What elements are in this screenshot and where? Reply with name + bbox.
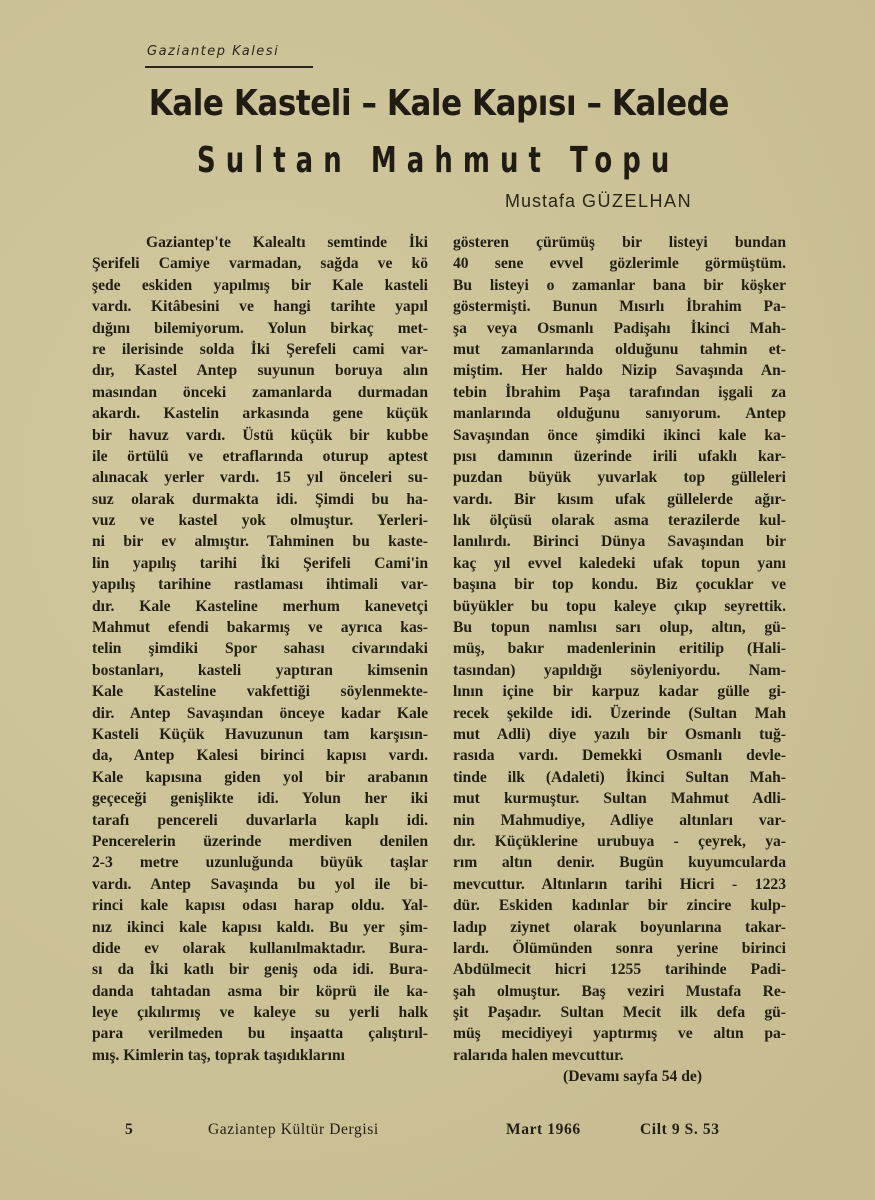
text-line: dır. Kale Kasteline merhum kanevetçi <box>92 596 428 617</box>
text-line: bir havuz vardı. Üstü küçük bir kubbe <box>92 425 428 446</box>
text-line: mut kurmuştur. Sultan Mahmut Adli- <box>453 788 786 809</box>
text-line: müş, bakır madenlerinin eritilip (Hali- <box>453 638 786 659</box>
text-line: müş mecidiyeyi yaptırmış ve altın pa- <box>453 1023 786 1044</box>
text-line: dide ev olarak kullanılmaktadır. Bura- <box>92 938 428 959</box>
text-line: Şerifeli Camiye varmadan, sağda ve kö <box>92 253 428 274</box>
text-line: ile örtülü ve etraflarında oturup aptest <box>92 446 428 467</box>
text-line: dir. Antep Savaşından önceye kadar Kale <box>92 703 428 724</box>
magazine-name: Gaziantep Kültür Dergisi <box>208 1121 379 1139</box>
text-line: Abdülmecit hicri 1255 tarihinde Padi- <box>453 959 786 980</box>
text-line: tebin İbrahim Paşa tarafından işgali za <box>453 382 786 403</box>
text-line: para verilmeden bu inşaatta çalıştırıl- <box>92 1023 428 1044</box>
author-first-name: Mustafa <box>505 191 576 211</box>
text-line: dır. Küçüklerine urubuya - çeyrek, ya- <box>453 831 786 852</box>
article-title-line-2: Sultan Mahmut Topu <box>123 140 753 181</box>
text-line: masından önceki zamanlarda durmadan <box>92 382 428 403</box>
text-line: 40 sene evvel gözlerimle görmüştüm. <box>453 253 786 274</box>
text-line: tinde ilk (Adaleti) İkinci Sultan Mah- <box>453 767 786 788</box>
text-line: suz olarak durmakta idi. Şimdi bu ha- <box>92 489 428 510</box>
text-line: lardı. Ölümünden sonra yerine birinci <box>453 938 786 959</box>
text-line: vardı. Bir kısım ufak güllelerde ağır- <box>453 489 786 510</box>
text-line: vuz ve kastel yok olmuştur. Yerleri- <box>92 510 428 531</box>
text-line: geçeceği genişlikte idi. Yolun her iki <box>92 788 428 809</box>
text-line: nin Mahmudiye, Adliye altınları var- <box>453 810 786 831</box>
volume-issue: Cilt 9 S. 53 <box>640 1121 720 1139</box>
text-line: recek şekilde idi. Üzerinde (Sultan Mah <box>453 703 786 724</box>
text-line: puzdan büyük yuvarlak top gülleleri <box>453 467 786 488</box>
author-surname: GÜZELHAN <box>582 191 692 211</box>
text-line: mut Adli) diye yazılı bir Osmanlı tuğ- <box>453 724 786 745</box>
text-line: lin yapılış tarihi İki Şerifeli Cami'in <box>92 553 428 574</box>
text-line: Bu listeyi o zamanlar bana bir köşker <box>453 275 786 296</box>
text-line: alınacak yerler vardı. 15 yıl önceleri s… <box>92 467 428 488</box>
section-rule <box>145 66 313 68</box>
text-line: ni bir ev almıştır. Tahminen bu kaste- <box>92 531 428 552</box>
author-byline: Mustafa GÜZELHAN <box>505 191 692 212</box>
text-line: dır, Kastel Antep suyunun boruya alın <box>92 360 428 381</box>
text-line: vardı. Kitâbesini ve hangi tarihte yapıl <box>92 296 428 317</box>
page-number: 5 <box>125 1121 133 1139</box>
text-line: şede eskiden yapılmış bir Kale kasteli <box>92 275 428 296</box>
text-line: rinci kale kapısı odası harap oldu. Yal- <box>92 895 428 916</box>
text-line: Mahmut efendi bakarmış ve ayrıca kas- <box>92 617 428 638</box>
text-line: mevcuttur. Altınların tarihi Hicri - 122… <box>453 874 786 895</box>
text-line: şa veya Osmanlı Padişahı İkinci Mah- <box>453 318 786 339</box>
text-line: pısı damının üzerinde irili ufaklı kar- <box>453 446 786 467</box>
text-line: tarafı pencereli duvarlarla kaplı idi. <box>92 810 428 831</box>
text-line: akardı. Kastelin arkasında gene küçük <box>92 403 428 424</box>
text-line: bostanları, kasteli yaptıran kimsenin <box>92 660 428 681</box>
text-line: nız ikinci kale kapısı kaldı. Bu yer şim… <box>92 917 428 938</box>
article-title-line-1: Kale Kasteli – Kale Kapısı – Kalede <box>63 83 816 124</box>
text-line: re ilerisinde solda İki Şerefeli cami va… <box>92 339 428 360</box>
text-line: lının içine bir karpuz kadar gülle gi- <box>453 681 786 702</box>
text-line: dür. Eskiden kadınlar bir zincire kulp- <box>453 895 786 916</box>
page-footer: 5 Gaziantep Kültür Dergisi Mart 1966 Cil… <box>0 1121 875 1145</box>
text-line: Kasteli Küçük Havuzunun tam karşısın- <box>92 724 428 745</box>
text-line: manlarında olduğunu sanıyorum. Antep <box>453 403 786 424</box>
continued-note: (Devamı sayfa 54 de) <box>453 1066 786 1087</box>
text-line: tasından) yapıldığı söyleniyordu. Nam- <box>453 660 786 681</box>
text-line: lanılırdı. Birinci Dünya Savaşından bir <box>453 531 786 552</box>
text-line: telin şimdiki Spor sahası civarındaki <box>92 638 428 659</box>
text-line: mış. Kimlerin taş, toprak taşıdıklarını <box>92 1045 428 1066</box>
text-line: Kale Kasteline vakfettiği söylenmekte- <box>92 681 428 702</box>
text-line: Gaziantep'te Kalealtı semtinde İki <box>92 232 428 253</box>
text-line: rasıda vardı. Demekki Osmanlı devle- <box>453 745 786 766</box>
text-line: göstermişti. Bunun Mısırlı İbrahim Pa- <box>453 296 786 317</box>
text-line: mut zamanlarında olduğunu tahmin et- <box>453 339 786 360</box>
text-line: gösteren çürümüş bir listeyi bundan <box>453 232 786 253</box>
section-label: Gaziantep Kalesi <box>147 44 279 59</box>
text-line: danda tahtadan asma bir köprü ile ka- <box>92 981 428 1002</box>
text-line: da, Antep Kalesi birinci kapısı vardı. <box>92 745 428 766</box>
text-line: yapılış tarihine rastlaması ihtimali var… <box>92 574 428 595</box>
text-line: Bu topun namlısı sarı olup, altın, gü- <box>453 617 786 638</box>
text-line: şit Paşadır. Sultan Mecit ilk defa gü- <box>453 1002 786 1023</box>
text-line: ladıp ziynet olarak boyunlarına takar- <box>453 917 786 938</box>
article-column-left: Gaziantep'te Kalealtı semtinde İkiŞerife… <box>92 232 428 1066</box>
text-line: miştim. Her haldo Nizip Savaşında An- <box>453 360 786 381</box>
text-line: Savaşından önce şimdiki ikinci kale ka- <box>453 425 786 446</box>
issue-date: Mart 1966 <box>506 1121 581 1139</box>
text-line: 2-3 metre uzunluğunda büyük taşlar <box>92 852 428 873</box>
text-line: dığını bilemiyorum. Yolun birkaç met- <box>92 318 428 339</box>
article-column-right: gösteren çürümüş bir listeyi bundan40 se… <box>453 232 786 1088</box>
text-line: lık ölçüsü olarak asma terazilerde kul- <box>453 510 786 531</box>
text-line: kaç yıl evvel kaledeki ufak topun yanı <box>453 553 786 574</box>
text-line: sı da İki katlı bir geniş oda idi. Bura- <box>92 959 428 980</box>
text-line: büyükler bu topu kaleye çıkıp seyrettik. <box>453 596 786 617</box>
text-line: ralarıda halen mevcuttur. <box>453 1045 786 1066</box>
text-line: vardı. Antep Savaşında bu yol ile bi- <box>92 874 428 895</box>
text-line: şah olmuştur. Baş veziri Mustafa Re- <box>453 981 786 1002</box>
text-line: leye çıkılırmış ve kaleye su yerli halk <box>92 1002 428 1023</box>
text-line: Kale kapısına giden yol bir arabanın <box>92 767 428 788</box>
text-line: rım altın denir. Bugün kuyumcularda <box>453 852 786 873</box>
text-line: başına bir top kondu. Biz çocuklar ve <box>453 574 786 595</box>
text-line: Pencerelerin üzerinde merdiven denilen <box>92 831 428 852</box>
